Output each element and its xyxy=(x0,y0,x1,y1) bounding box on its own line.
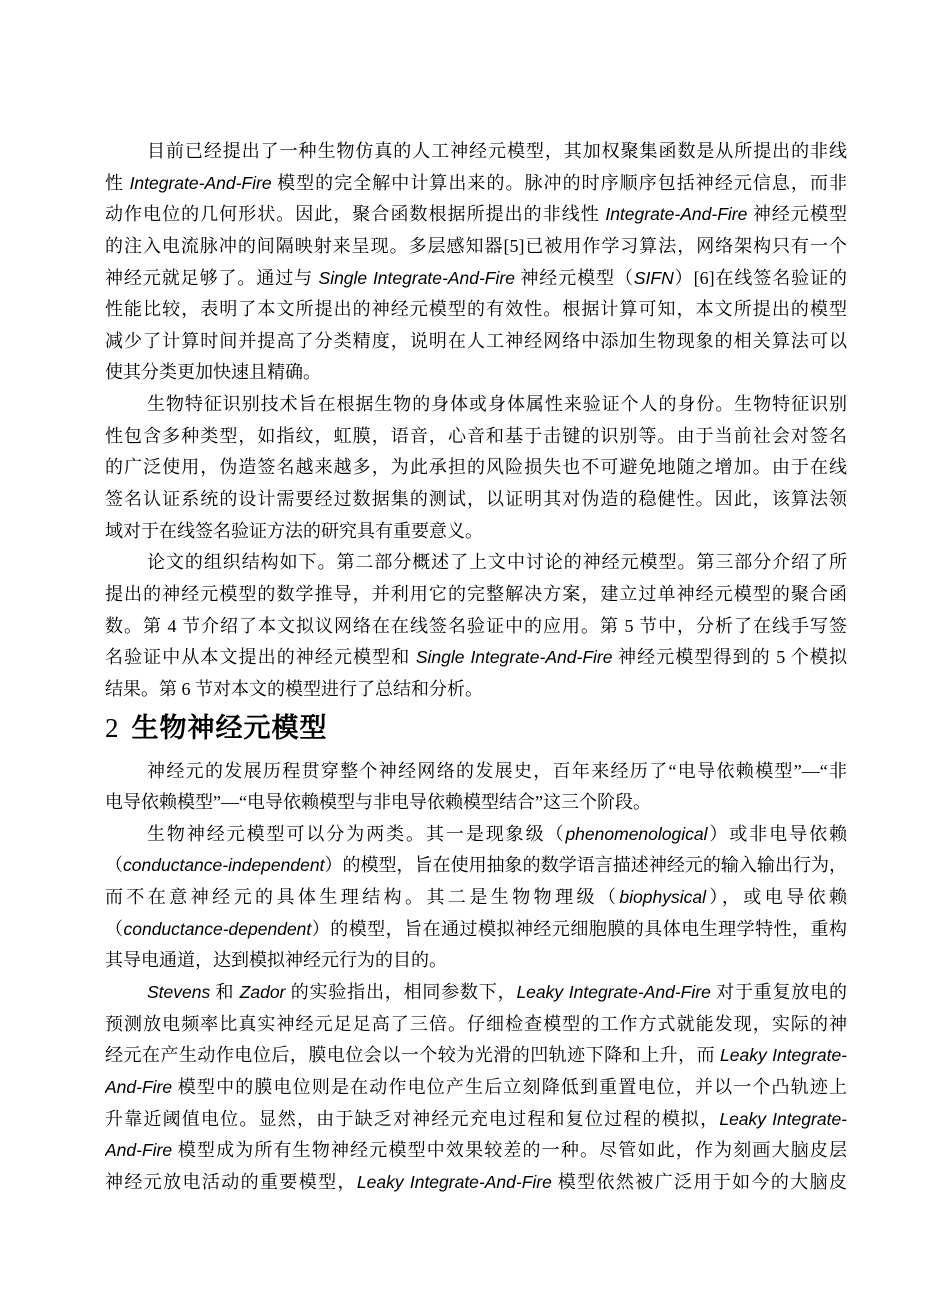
text-line: 的注入电流脉冲的间隔映射来呈现。多层感知器[5]已被用作学习算法，网络架构只有一… xyxy=(105,231,847,263)
body-text-segment: 已被用作学习算法，网络架构只有一个 xyxy=(524,236,847,256)
text-line: 数。第 4 节介绍了本文拟议网络在在线签名验证中的应用。第 5 节中，分析了在线… xyxy=(105,611,847,643)
text-line: 签名认证系统的设计需要经过数据集的测试，以证明其对伪造的稳健性。因此，该算法领 xyxy=(105,484,847,516)
text-line: 神经元的发展历程贯穿整个神经网络的发展史，百年来经历了“电导依赖模型”—“非 xyxy=(105,756,847,788)
body-text-segment: 论文的组织结构如下。第二部分概述了上文中讨论的神经元模型。第三部分介绍了所 xyxy=(147,552,847,572)
text-line: （conductance-independent）的模型，旨在使用抽象的数学语言… xyxy=(105,850,847,882)
body-text-segment: 的实验指出，相同参数下， xyxy=(285,982,516,1002)
body-text-segment: 经元在产生动作电位后，膜电位会以一个较为光滑的凹轨迹下降和上升，而 xyxy=(105,1045,720,1065)
english-term: phenomenological xyxy=(565,824,707,844)
text-line: 生物神经元模型可以分为两类。其一是现象级（phenomenological）或非… xyxy=(105,819,847,851)
body-text-segment: ）的模型，旨在使用抽象的数学语言描述神经元的输入输出行为， xyxy=(324,855,847,875)
text-line: Stevens 和 Zador 的实验指出，相同参数下，Leaky Integr… xyxy=(105,977,847,1009)
text-line: 其导电通道，达到模拟神经元行为的目的。 xyxy=(105,945,847,977)
body-text-segment: 结果。第 xyxy=(105,679,182,699)
text-line: 神经元就足够了。通过与 Single Integrate-And-Fire 神经… xyxy=(105,263,847,295)
body-text-segment: 模型依然被广泛用于如今的大脑皮 xyxy=(552,1172,847,1192)
text-line: 升靠近阈值电位。显然，由于缺乏对神经元充电过程和复位过程的模拟，Leaky In… xyxy=(105,1104,847,1136)
text-line: 预测放电频率比真实神经元足足高了三倍。仔细检查模型的工作方式就能发现，实际的神 xyxy=(105,1009,847,1041)
english-term: And-Fire xyxy=(105,1140,172,1160)
paragraph: Stevens 和 Zador 的实验指出，相同参数下，Leaky Integr… xyxy=(105,977,847,1198)
text-line: 的广泛使用，伪造签名越来越多，为此承担的风险损失也不可避免地随之增加。由于在线 xyxy=(105,452,847,484)
english-term: Single Integrate-And-Fire xyxy=(319,268,515,288)
heading-number: 2 xyxy=(105,713,119,743)
text-line: 论文的组织结构如下。第二部分概述了上文中讨论的神经元模型。第三部分介绍了所 xyxy=(105,547,847,579)
body-text-segment: 使其分类更加快速且精确。 xyxy=(105,362,321,382)
body-text-segment: 神经元的发展历程贯穿整个神经网络的发展史，百年来经历了“电导依赖模型”—“非 xyxy=(147,761,847,781)
body-text-segment: 模型成为所有生物神经元模型中效果较差的一种。尽管如此，作为刻画大脑皮层 xyxy=(172,1140,847,1160)
english-term: Leaky Integrate-And-Fire xyxy=(357,1172,552,1192)
body-text-segment: 模型中的膜电位则是在动作电位产生后立刻降低到重置电位，并以一个凸轨迹上 xyxy=(172,1077,847,1097)
body-text-segment: 在线签名验证的 xyxy=(715,268,847,288)
body-text-segment: 性包含多种类型，如指纹，虹膜，语音，心音和基于击键的识别等。由于当前社会对签名 xyxy=(105,426,847,446)
body-text-segment: 数。第 xyxy=(105,616,168,636)
body-text-segment: 神经元就足够了。通过与 xyxy=(105,268,319,288)
body-text-segment: ）的模型，旨在通过模拟神经元细胞膜的具体电生理学特性，重构 xyxy=(311,919,847,939)
text-line: （conductance-dependent）的模型，旨在通过模拟神经元细胞膜的… xyxy=(105,914,847,946)
body-text-segment: 预测放电频率比真实神经元足足高了三倍。仔细检查模型的工作方式就能发现，实际的神 xyxy=(105,1014,847,1034)
text-line: 提出的神经元模型的数学推导，并利用它的完整解决方案，建立过单神经元模型的聚合函 xyxy=(105,579,847,611)
body-text-segment: （ xyxy=(105,855,123,875)
body-text-segment: 生物特征识别技术旨在根据生物的身体或身体属性来验证个人的身份。生物特征识别 xyxy=(147,394,847,414)
reference-marker: 4 xyxy=(168,616,177,636)
body-text-segment: 神经元放电活动的重要模型， xyxy=(105,1172,357,1192)
paragraph: 目前已经提出了一种生物仿真的人工神经元模型，其加权聚集函数是从所提出的非线性 I… xyxy=(105,136,847,389)
body-text-segment: 其导电通道，达到模拟神经元行为的目的。 xyxy=(105,950,447,970)
text-line: 生物特征识别技术旨在根据生物的身体或身体属性来验证个人的身份。生物特征识别 xyxy=(105,389,847,421)
paragraph: 神经元的发展历程贯穿整个神经网络的发展史，百年来经历了“电导依赖模型”—“非电导… xyxy=(105,756,847,819)
reference-marker: 5 xyxy=(776,647,785,667)
section-heading: 2生物神经元模型 xyxy=(105,710,847,746)
text-line: 性能比较，表明了本文所提出的神经元模型的有效性。根据计算可知，本文所提出的模型 xyxy=(105,294,847,326)
english-term: Leaky Integrate-And-Fire xyxy=(516,982,710,1002)
body-text-segment: 的注入电流脉冲的间隔映射来呈现。多层感知器 xyxy=(105,236,503,256)
text-line: 性 Integrate-And-Fire 模型的完全解中计算出来的。脉冲的时序顺… xyxy=(105,168,847,200)
body-text-segment: 动作电位的几何形状。因此，聚合函数根据所提出的非线性 xyxy=(105,204,605,224)
body-text-segment: 节对本文的模型进行了总结和分析。 xyxy=(191,679,484,699)
english-term: SIFN xyxy=(634,268,674,288)
body-text-segment: 域对于在线签名验证方法的研究具有重要意义。 xyxy=(105,521,483,541)
text-line: 而不在意神经元的具体生理结构。其二是生物物理级（biophysical），或电导… xyxy=(105,882,847,914)
body-text-segment: 提出的神经元模型的数学推导，并利用它的完整解决方案，建立过单神经元模型的聚合函 xyxy=(105,584,847,604)
body-text-segment: ），或电导依赖 xyxy=(706,887,847,907)
text-line: 目前已经提出了一种生物仿真的人工神经元模型，其加权聚集函数是从所提出的非线 xyxy=(105,136,847,168)
body-text-segment: 生物神经元模型可以分为两类。其一是现象级（ xyxy=(147,824,565,844)
body-text-segment: 的广泛使用，伪造签名越来越多，为此承担的风险损失也不可避免地随之增加。由于在线 xyxy=(105,457,847,477)
english-term: Single Integrate-And-Fire xyxy=(416,647,613,667)
body-text-segment: 神经元模型 xyxy=(747,204,847,224)
text-line: And-Fire 模型成为所有生物神经元模型中效果较差的一种。尽管如此，作为刻画… xyxy=(105,1135,847,1167)
body-text-segment: 节介绍了本文拟议网络在在线签名验证中的应用。第 xyxy=(177,616,625,636)
text-line: 名验证中从本文提出的神经元模型和 Single Integrate-And-Fi… xyxy=(105,642,847,674)
english-term: Stevens xyxy=(147,982,210,1002)
paragraph: 生物特征识别技术旨在根据生物的身体或身体属性来验证个人的身份。生物特征识别性包含… xyxy=(105,389,847,547)
english-term: Integrate-And-Fire xyxy=(605,204,747,224)
english-term: conductance-dependent xyxy=(123,919,311,939)
english-term: And-Fire xyxy=(105,1077,172,1097)
text-line: 神经元放电活动的重要模型，Leaky Integrate-And-Fire 模型… xyxy=(105,1167,847,1199)
body-text-segment: 性 xyxy=(105,173,130,193)
paragraph: 论文的组织结构如下。第二部分概述了上文中讨论的神经元模型。第三部分介绍了所提出的… xyxy=(105,547,847,705)
body-text-segment: 神经元模型得到的 xyxy=(612,647,776,667)
english-term: Leaky Integrate- xyxy=(719,1109,847,1129)
text-line: 经元在产生动作电位后，膜电位会以一个较为光滑的凹轨迹下降和上升，而 Leaky … xyxy=(105,1040,847,1072)
paragraph: 生物神经元模型可以分为两类。其一是现象级（phenomenological）或非… xyxy=(105,819,847,977)
reference-marker: 5 xyxy=(625,616,634,636)
body-text-segment: 神经元模型（ xyxy=(515,268,634,288)
body-text-segment: 对于重复放电的 xyxy=(711,982,847,1002)
text-line: 结果。第 6 节对本文的模型进行了总结和分析。 xyxy=(105,674,847,706)
text-line: 使其分类更加快速且精确。 xyxy=(105,357,847,389)
english-term: biophysical xyxy=(619,887,706,907)
text-line: 减少了计算时间并提高了分类精度，说明在人工神经网络中添加生物现象的相关算法可以 xyxy=(105,326,847,358)
body-text-segment: （ xyxy=(105,919,123,939)
body-text-segment: 性能比较，表明了本文所提出的神经元模型的有效性。根据计算可知，本文所提出的模型 xyxy=(105,299,847,319)
text-line: 性包含多种类型，如指纹，虹膜，语音，心音和基于击键的识别等。由于当前社会对签名 xyxy=(105,421,847,453)
reference-marker: 6 xyxy=(182,679,191,699)
text-line: 域对于在线签名验证方法的研究具有重要意义。 xyxy=(105,516,847,548)
text-line: 动作电位的几何形状。因此，聚合函数根据所提出的非线性 Integrate-And… xyxy=(105,199,847,231)
body-text-segment: 升靠近阈值电位。显然，由于缺乏对神经元充电过程和复位过程的模拟， xyxy=(105,1109,719,1129)
body-text-segment: ）或非电导依赖 xyxy=(708,824,847,844)
body-text-segment: 减少了计算时间并提高了分类精度，说明在人工神经网络中添加生物现象的相关算法可以 xyxy=(105,331,847,351)
reference-marker: [5] xyxy=(503,236,524,256)
text-line: 电导依赖模型”—“电导依赖模型与非电导依赖模型结合”这三个阶段。 xyxy=(105,787,847,819)
body-text-segment: 电导依赖模型”—“电导依赖模型与非电导依赖模型结合”这三个阶段。 xyxy=(105,792,651,812)
english-term: Zador xyxy=(240,982,286,1002)
text-line: And-Fire 模型中的膜电位则是在动作电位产生后立刻降低到重置电位，并以一个… xyxy=(105,1072,847,1104)
english-term: Integrate-And-Fire xyxy=(130,173,272,193)
reference-marker: [6] xyxy=(694,268,715,288)
body-text-segment: 模型的完全解中计算出来的。脉冲的时序顺序包括神经元信息，而非 xyxy=(272,173,847,193)
body-text-segment: 节中，分析了在线手写签 xyxy=(634,616,848,636)
english-term: conductance-independent xyxy=(123,855,324,875)
heading-title: 生物神经元模型 xyxy=(132,713,328,743)
body-text-segment: 名验证中从本文提出的神经元模型和 xyxy=(105,647,416,667)
body-text-segment: 而不在意神经元的具体生理结构。其二是生物物理级（ xyxy=(105,887,619,907)
body-text-segment: 和 xyxy=(210,982,239,1002)
body-text-segment: 目前已经提出了一种生物仿真的人工神经元模型，其加权聚集函数是从所提出的非线 xyxy=(147,141,847,161)
english-term: Leaky Integrate- xyxy=(720,1045,847,1065)
document-page: 目前已经提出了一种生物仿真的人工神经元模型，其加权聚集函数是从所提出的非线性 I… xyxy=(105,136,847,1199)
body-text-segment: 个模拟 xyxy=(785,647,847,667)
body-text-segment: 签名认证系统的设计需要经过数据集的测试，以证明其对伪造的稳健性。因此，该算法领 xyxy=(105,489,847,509)
body-text-segment: ） xyxy=(674,268,694,288)
